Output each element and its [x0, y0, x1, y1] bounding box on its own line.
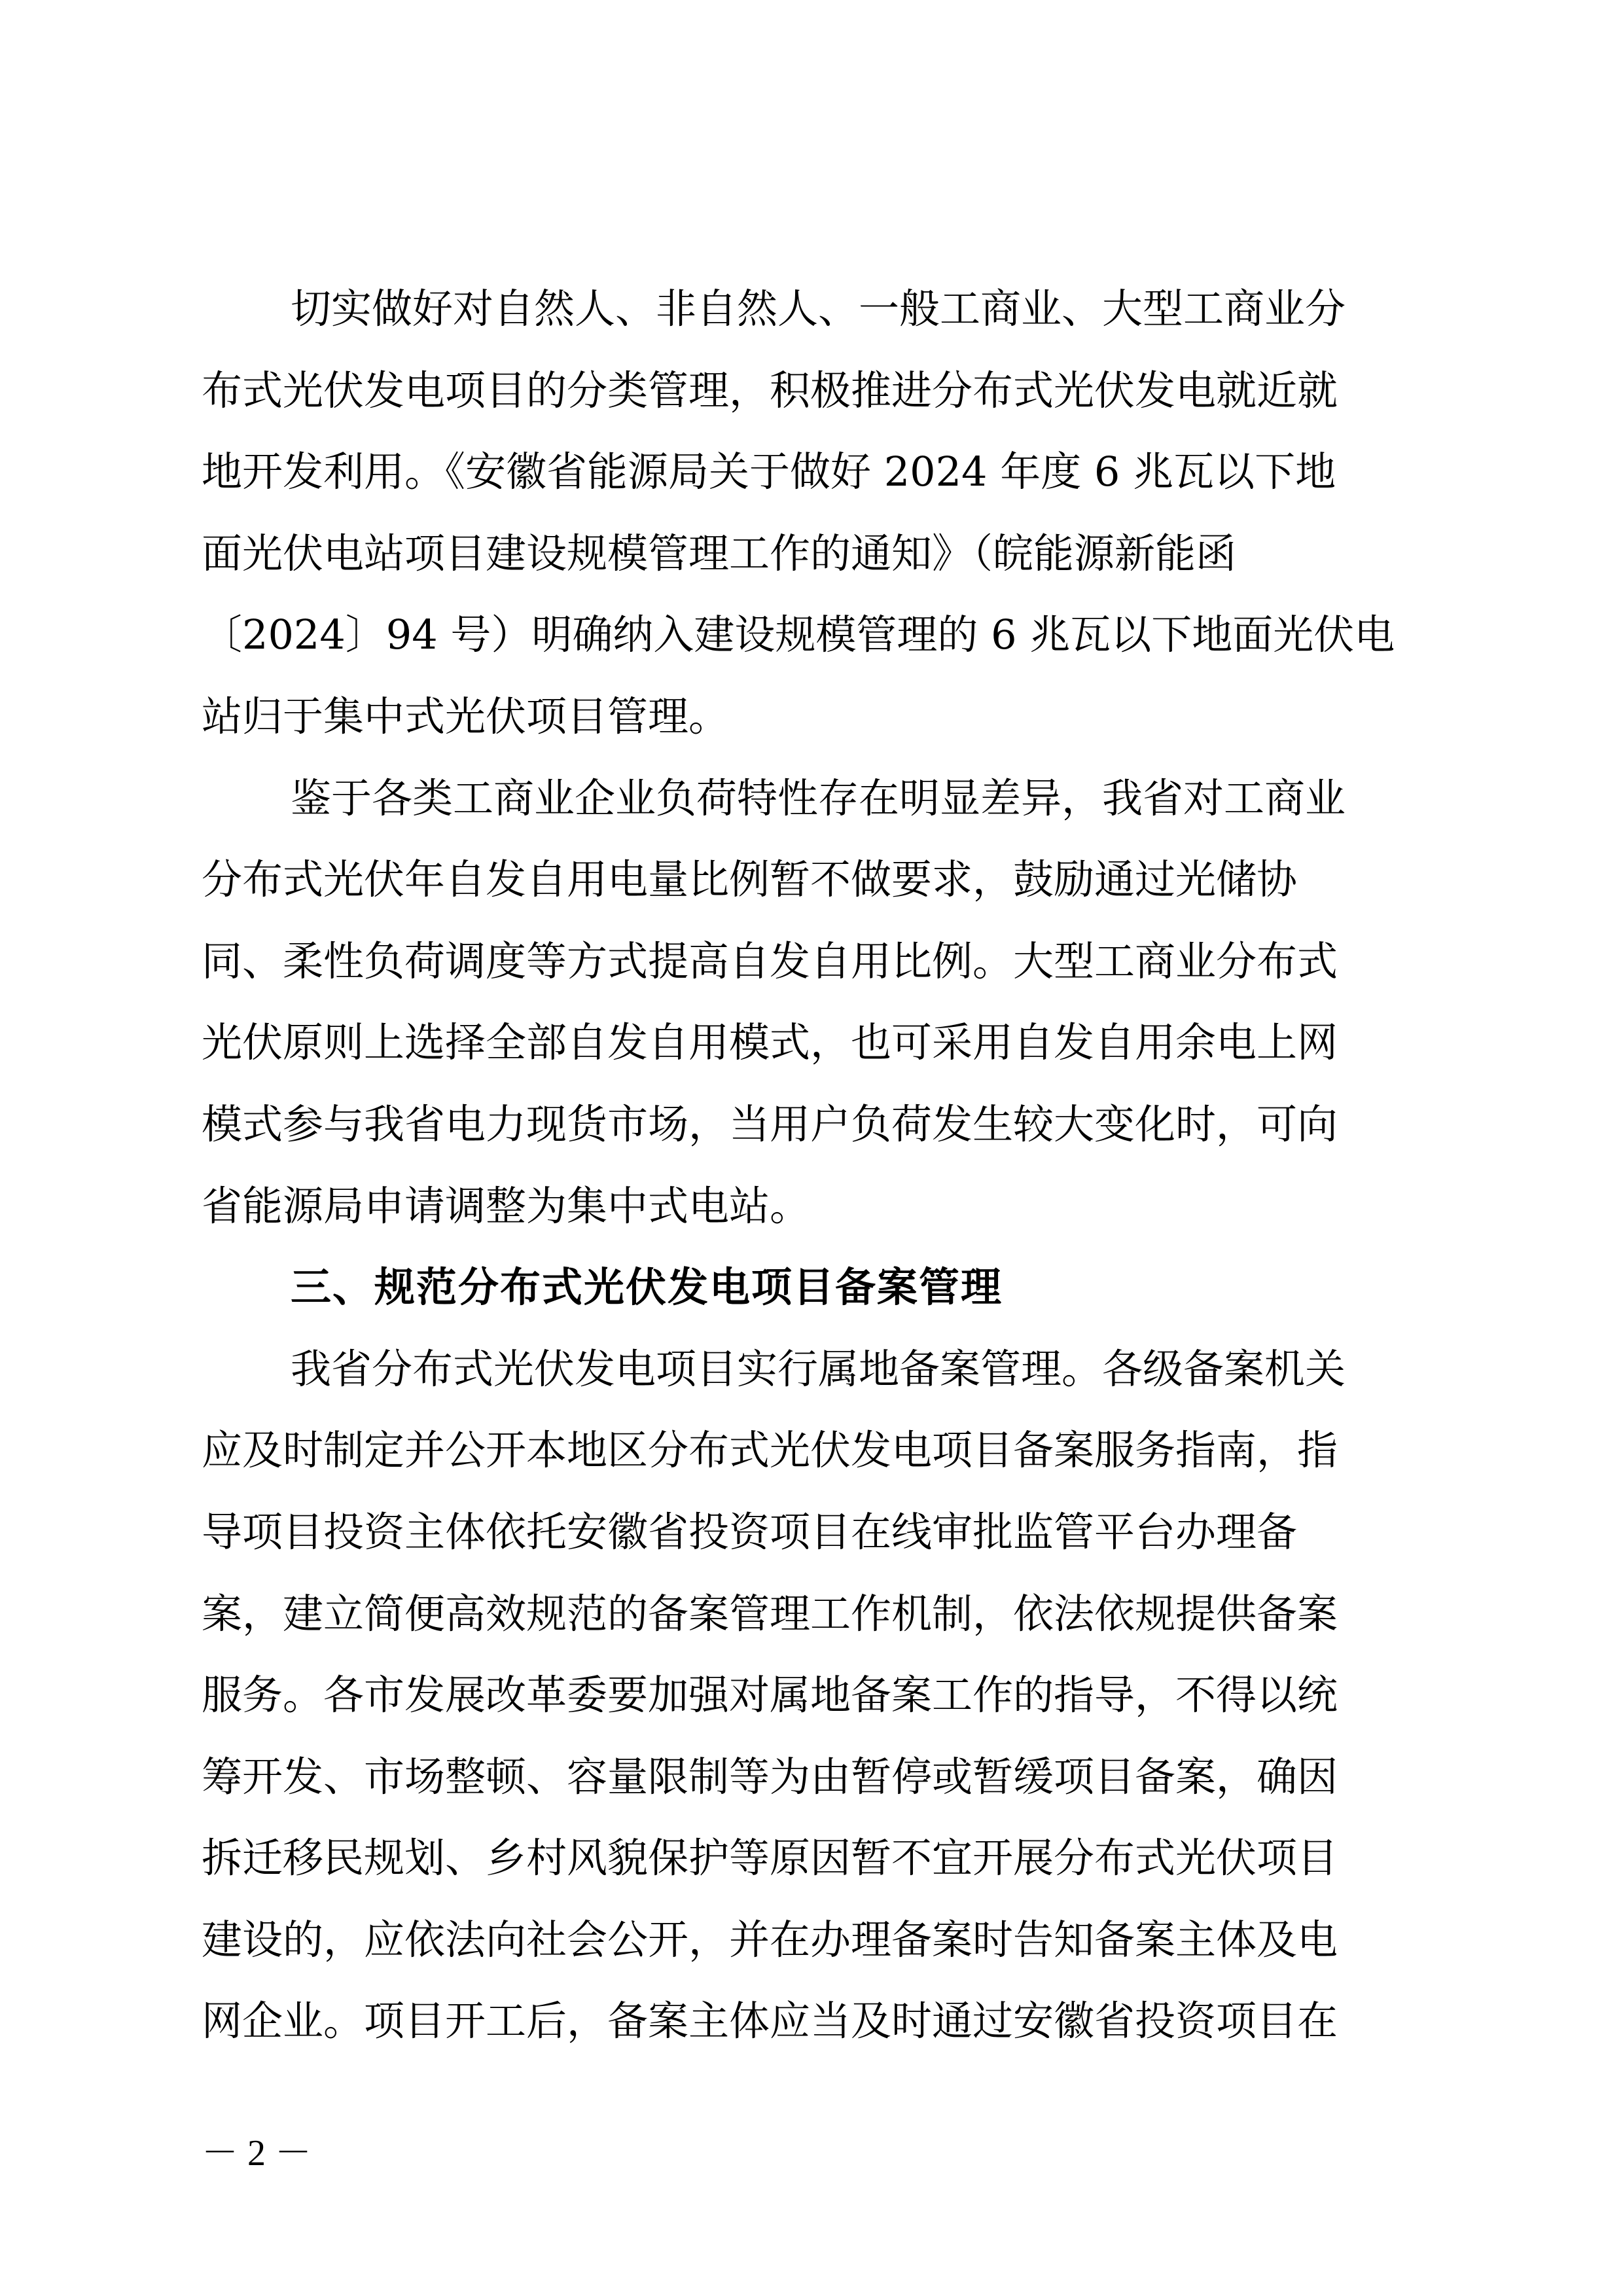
text-line: 建设的，应依法向社会公开，并在办理备案时告知备案主体及电 [202, 1899, 1421, 1981]
paragraph-commercial-self-consumption: 鉴于各类工商业企业负荷特性存在明显差异，我省对工商业 分布式光伏年自发自用电量比… [202, 758, 1421, 1247]
text-line: 省能源局申请调整为集中式电站。 [202, 1166, 1421, 1247]
text-line: 网企业。项目开工后，备案主体应当及时通过安徽省投资项目在 [202, 1981, 1421, 2062]
document-body: 切实做好对自然人、非自然人、一般工商业、大型工商业分 布式光伏发电项目的分类管理… [202, 268, 1421, 2062]
text-line: 服务。各市发展改革委要加强对属地备案工作的指导，不得以统 [202, 1655, 1421, 1736]
text-line: 站归于集中式光伏项目管理。 [202, 676, 1421, 758]
text-line: 〔2024〕94 号）明确纳入建设规模管理的 6 兆瓦以下地面光伏电 [202, 594, 1421, 676]
text-line: 布式光伏发电项目的分类管理，积极推进分布式光伏发电就近就 [202, 350, 1421, 432]
text-line: 案，建立简便高效规范的备案管理工作机制，依法依规提供备案 [202, 1573, 1421, 1655]
text-line: 模式参与我省电力现货市场，当用户负荷发生较大变化时，可向 [202, 1084, 1421, 1166]
paragraph-filing-management: 我省分布式光伏发电项目实行属地备案管理。各级备案机关 应及时制定并公开本地区分布… [202, 1329, 1421, 2062]
text-line: 切实做好对自然人、非自然人、一般工商业、大型工商业分 [202, 268, 1421, 350]
text-line: 筹开发、市场整顿、容量限制等为由暂停或暂缓项目备案，确因 [202, 1736, 1421, 1818]
text-line: 鉴于各类工商业企业负荷特性存在明显差异，我省对工商业 [202, 758, 1421, 840]
text-line: 导项目投资主体依托安徽省投资项目在线审批监管平台办理备 [202, 1492, 1421, 1573]
paragraph-distributed-pv-classification: 切实做好对自然人、非自然人、一般工商业、大型工商业分 布式光伏发电项目的分类管理… [202, 268, 1421, 758]
section-heading: 三、规范分布式光伏发电项目备案管理 [202, 1247, 1421, 1329]
text-line: 地开发利用。《安徽省能源局关于做好 2024 年度 6 兆瓦以下地 [202, 431, 1421, 513]
text-line: 我省分布式光伏发电项目实行属地备案管理。各级备案机关 [202, 1329, 1421, 1410]
text-line: 分布式光伏年自发自用电量比例暂不做要求，鼓励通过光储协 [202, 839, 1421, 921]
document-page: 切实做好对自然人、非自然人、一般工商业、大型工商业分 布式光伏发电项目的分类管理… [0, 0, 1623, 2296]
text-line: 拆迁移民规划、乡村风貌保护等原因暂不宜开展分布式光伏项目 [202, 1818, 1421, 1899]
text-line: 同、柔性负荷调度等方式提高自发自用比例。大型工商业分布式 [202, 921, 1421, 1003]
text-line: 光伏原则上选择全部自发自用模式，也可采用自发自用余电上网 [202, 1002, 1421, 1084]
page-number: － 2 － [202, 2127, 312, 2179]
text-line: 面光伏电站项目建设规模管理工作的通知》（皖能源新能函 [202, 513, 1421, 595]
text-line: 应及时制定并公开本地区分布式光伏发电项目备案服务指南，指 [202, 1410, 1421, 1492]
